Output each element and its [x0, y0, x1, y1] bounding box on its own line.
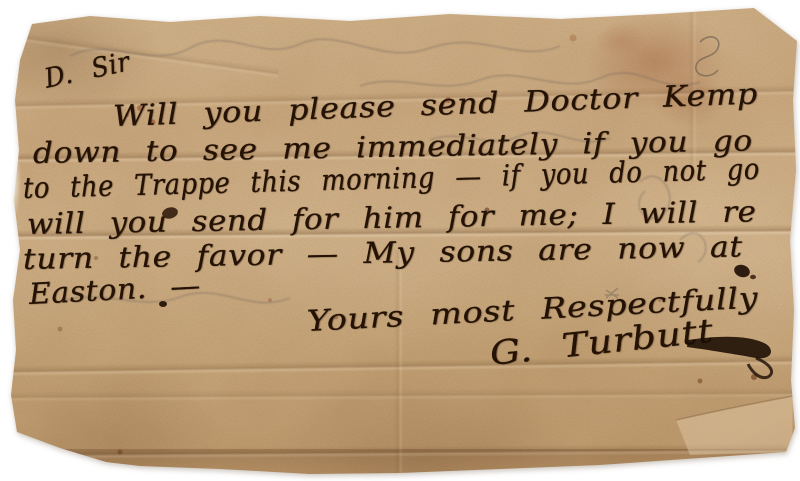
fold-crease-vertical	[394, 250, 403, 480]
fold-crease	[0, 354, 800, 377]
corner-fold	[676, 396, 793, 455]
letter-paper: D. Sir Will you please send Doctor Kemp …	[0, 0, 800, 481]
pencil-mark	[696, 37, 719, 76]
fold-crease	[0, 443, 800, 460]
fold-crease	[0, 387, 800, 402]
fold-crease-diagonal	[0, 24, 279, 78]
torn-edge-fibers	[3, 143, 21, 221]
letter-salutation: D. Sir	[42, 46, 133, 94]
letter-scan: D. Sir Will you please send Doctor Kemp …	[0, 0, 800, 481]
bottom-fold-shadow	[0, 449, 800, 475]
